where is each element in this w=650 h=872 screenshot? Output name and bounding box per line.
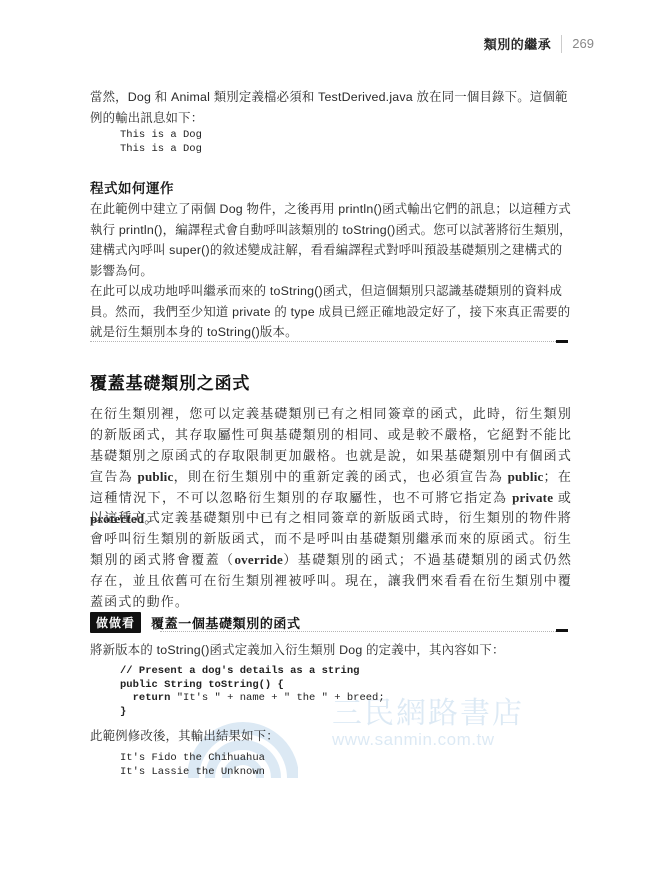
code-expression: "It's " + name + " the " + breed;	[170, 692, 384, 704]
try-it-badge: 做做看	[90, 612, 141, 633]
try-it-intro: 將新版本的 toString()函式定義加入衍生類別 Dog 的定義中，其內容如…	[90, 640, 572, 661]
section-title: 覆蓋基礎類別之函式	[90, 369, 250, 394]
code-line: return "It's " + name + " the " + breed;	[120, 692, 385, 706]
intro-paragraph: 當然，Dog 和 Animal 類別定義檔必須和 TestDerived.jav…	[90, 87, 572, 128]
divider-end-marker	[556, 629, 568, 632]
keyword: private	[512, 490, 553, 505]
dotted-divider	[90, 341, 568, 342]
output-line: This is a Dog	[120, 143, 202, 157]
keyword: public	[508, 469, 544, 484]
code-line: public String toString() {	[120, 679, 284, 693]
output-line: It's Fido the Chihuahua	[120, 752, 265, 766]
running-head: 類別的繼承 269	[484, 34, 594, 53]
keyword: override	[234, 552, 283, 567]
how-it-works-paragraph-1: 在此範例中建立了兩個 Dog 物件，之後再用 println()函式輸出它們的訊…	[90, 199, 572, 281]
try-it-title: 覆蓋一個基礎類別的函式	[151, 613, 301, 632]
book-page: 類別的繼承 269 當然，Dog 和 Animal 類別定義檔必須和 TestD…	[0, 0, 650, 872]
text-run: ，則在衍生類別中的重新定義的函式，也必須宣告為	[173, 469, 507, 484]
code-line: }	[120, 706, 126, 720]
section-paragraph-2: 以這種方式定義基礎類別中已有之相同簽章的新版函式時，衍生類別的物件將會呼叫衍生類…	[90, 507, 572, 612]
after-code-paragraph: 此範例修改後，其輸出結果如下：	[90, 726, 572, 747]
output-line: It's Lassie the Unknown	[120, 766, 265, 780]
page-number: 269	[572, 36, 594, 51]
how-it-works-paragraph-2: 在此可以成功地呼叫繼承而來的 toString()函式，但這個類別只認識基礎類別…	[90, 281, 572, 343]
how-it-works-heading: 程式如何運作	[90, 177, 174, 197]
code-keyword: return	[120, 692, 170, 704]
dotted-divider	[160, 631, 568, 632]
code-line: // Present a dog's details as a string	[120, 665, 359, 679]
text-run: 或	[553, 490, 572, 505]
chapter-title: 類別的繼承	[484, 34, 552, 53]
try-it-header: 做做看 覆蓋一個基礎類別的函式	[90, 612, 301, 633]
keyword: public	[138, 469, 174, 484]
header-separator	[561, 35, 562, 53]
divider-end-marker	[556, 340, 568, 343]
output-line: This is a Dog	[120, 129, 202, 143]
